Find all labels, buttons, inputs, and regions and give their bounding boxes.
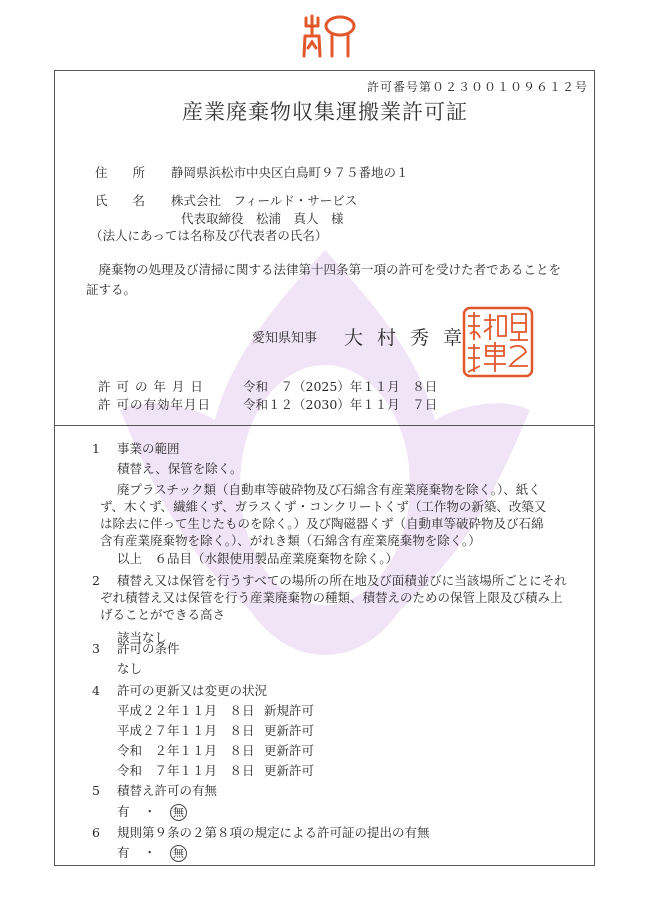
history-date-1: 平成２２年１１月 ８日 — [117, 703, 255, 719]
section-5-number: 5 — [92, 783, 100, 799]
section-2-heading-line-2: ぞれ積替え又は保管を行う産業廃棄物の種類、積替えのための保管上限及び積み上 — [100, 590, 563, 606]
history-date-4: 令和 ７年１１月 ８日 — [117, 763, 255, 779]
name-label: 氏 名 — [95, 193, 145, 209]
option-separator: ・ — [144, 845, 157, 861]
expiry-date-label: 許 可の有効年月日 — [98, 397, 211, 413]
address-value: 静岡県浜松市中央区白鳥町９７５番地の１ — [171, 165, 409, 181]
section-1-number: 1 — [92, 441, 100, 457]
section-1-para-line-4: 含有産業廃棄物を除く。）、がれき類（石綿含有産業廃棄物を除く。） — [100, 533, 481, 549]
history-type-4: 更新許可 — [264, 763, 314, 779]
section-2-number: 2 — [92, 573, 100, 589]
section-2-heading-line-1: 積替え又は保管を行うすべての場所の所在地及び面積並びに当該場所ごとにそれ — [117, 573, 567, 589]
section-2-heading-line-3: げることができる高さ — [100, 607, 225, 623]
document-title: 産業廃棄物収集運搬業許可証 — [0, 98, 650, 126]
option-separator: ・ — [144, 804, 157, 820]
certification-text-line-1: 廃棄物の処理及び清掃に関する法律第十四条第一項の許可を受けた者であることを — [86, 262, 561, 278]
section-5-options: 有 ・ 無 — [117, 804, 187, 821]
section-4-heading: 許可の更新又は変更の状況 — [117, 683, 267, 699]
history-type-1: 新規許可 — [264, 703, 314, 719]
section-3-number: 3 — [92, 641, 100, 657]
history-type-3: 更新許可 — [264, 743, 314, 759]
representative-name: 代表取締役 松浦 真人 様 — [181, 211, 344, 227]
history-date-2: 平成２７年１１月 ８日 — [117, 723, 255, 739]
history-date-3: 令和 ２年１１月 ８日 — [117, 743, 255, 759]
section-6-heading: 規則第９条の２第８項の規定による許可証の提出の有無 — [117, 825, 430, 841]
section-1-para-line-2: ず、木くず、繊維くず、ガラスくず・コンクリートくず（工作物の新築、改築又 — [100, 499, 546, 515]
governor-name: 大村秀章 — [344, 326, 476, 350]
history-type-2: 更新許可 — [264, 723, 314, 739]
section-1-para-line-1: 廃プラスチック類（自動車等破砕物及び石綿含有産業廃棄物を除く。）、紙く — [117, 482, 541, 498]
certification-text-line-2: 証する。 — [86, 282, 136, 298]
section-1-summary: 以上 ６品目（水銀使用製品産業廃棄物を除く。） — [117, 551, 398, 567]
option-no-circled: 無 — [170, 804, 187, 821]
section-1-para-line-3: は除去に伴って生じたものを除く。）及び陶磁器くず（自動車等破砕物及び石綿 — [100, 516, 544, 532]
correction-seal-icon — [300, 12, 360, 62]
section-3-value: なし — [117, 661, 142, 677]
name-note: （法人にあっては名称及び代表者の氏名） — [90, 228, 327, 244]
governor-official-seal-icon — [462, 306, 534, 378]
section-6-number: 6 — [92, 825, 100, 841]
option-no-circled: 無 — [170, 845, 187, 862]
address-label: 住 所 — [95, 165, 145, 181]
section-3-heading: 許可の条件 — [117, 641, 180, 657]
section-6-options: 有 ・ 無 — [117, 845, 187, 862]
permit-date-label: 許 可 の 年 月 日 — [98, 379, 204, 395]
option-yes: 有 — [117, 804, 130, 820]
section-1-line-a: 積替え、保管を除く。 — [117, 461, 243, 477]
option-yes: 有 — [117, 845, 130, 861]
section-1-heading: 事業の範囲 — [117, 441, 180, 457]
governor-title: 愛知県知事 — [252, 331, 317, 347]
permit-date-value: 令和 ７（2025）年１１月 ８日 — [243, 379, 437, 395]
expiry-date-value: 令和１２（2030）年１１月 ７日 — [243, 397, 437, 413]
company-name: 株式会社 フィールド・サービス — [171, 193, 357, 209]
section-4-number: 4 — [92, 683, 100, 699]
permit-number: 許可番号第０２３００１０９６１２号 — [367, 79, 588, 95]
section-5-heading: 積替え許可の有無 — [117, 783, 217, 799]
